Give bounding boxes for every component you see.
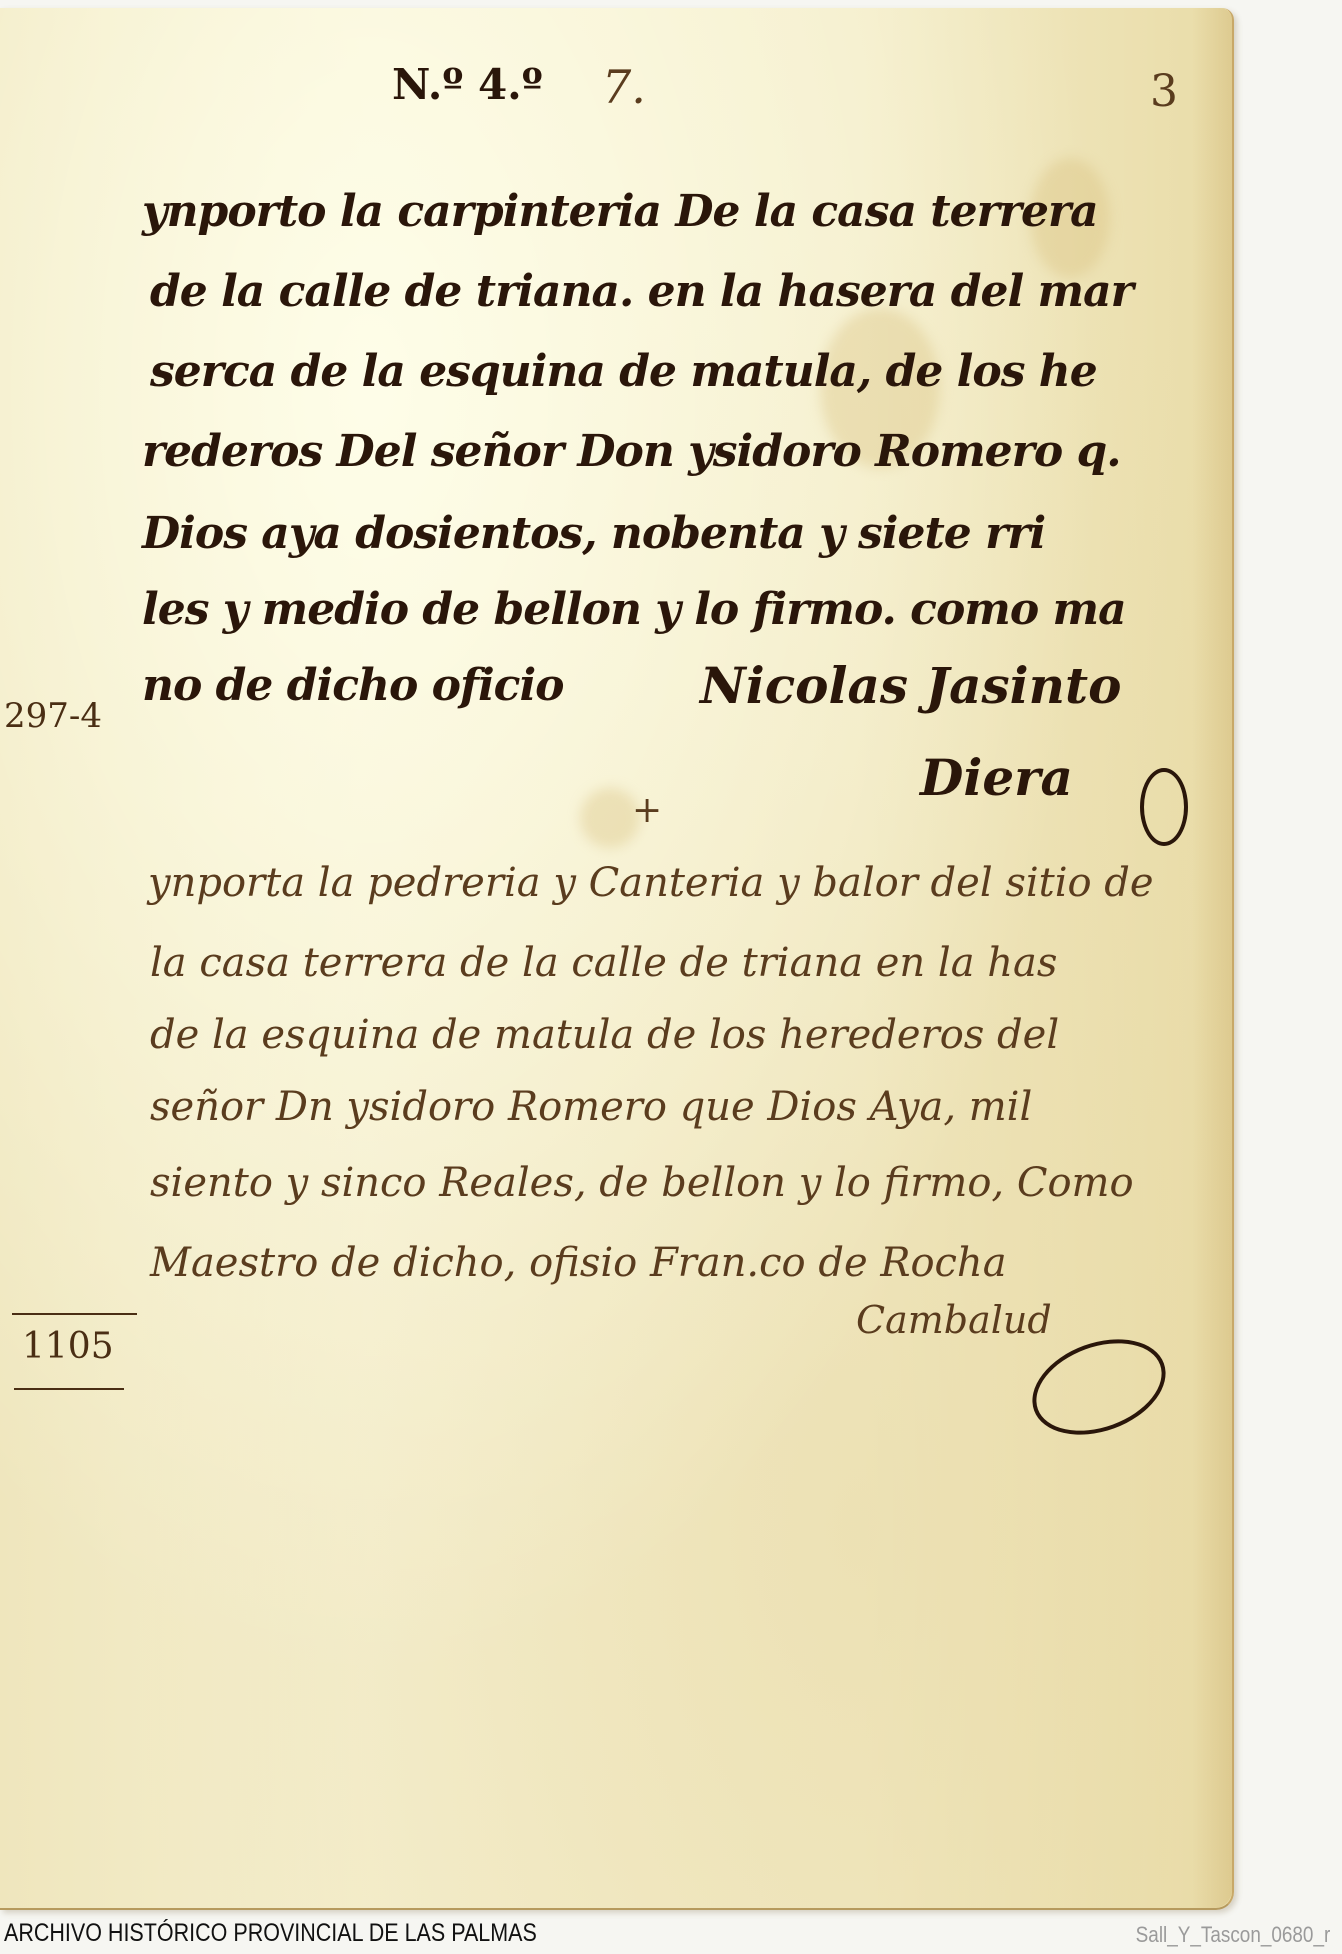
folio-number: N.º 4.º [392,60,543,109]
entry-1-line: de la calle de triana. en la hasera del … [150,266,1133,317]
page-edge-shading [1192,8,1232,1908]
entry-1-line: rederos Del señor Don ysidoro Romero q. [142,426,1121,477]
signature-diera: Diera [920,748,1073,807]
entry-1-line: ynporto la carpinteria De la casa terrer… [142,186,1098,237]
signature-flourish [1140,768,1188,846]
paper-stain [580,788,640,848]
entry-2-line: señor Dn ysidoro Romero que Dios Aya, mi… [150,1084,1032,1130]
center-mark: 7. [602,60,646,114]
entry-1-line: les y medio de bellon y lo firmo. como m… [142,584,1126,635]
page-number: 3 [1150,66,1178,117]
entry-1-line: serca de la esquina de matula, de los he [150,346,1097,397]
signature-nicolas-jasinto: Nicolas Jasinto [700,656,1121,715]
manuscript-page: N.º 4.º 7. 3 ynporto la carpinteria De l… [0,8,1234,1910]
entry-2-line: siento y sinco Reales, de bellon y lo fi… [150,1160,1134,1206]
entry-1-line: Dios aya dosientos, nobenta y siete rri [142,508,1045,559]
entry-1-line: no de dicho oficio [142,660,564,711]
entry-2-line: Maestro de dicho, ofisio Fran.co de Roch… [150,1240,1007,1286]
entry-2-line: de la esquina de matula de los herederos… [150,1012,1059,1058]
archive-name: ARCHIVO HISTÓRICO PROVINCIAL DE LAS PALM… [4,1919,537,1948]
image-reference: Sall_Y_Tascon_0680_r [1135,1922,1330,1948]
margin-rule-bottom [14,1388,124,1390]
margin-rule-top [12,1313,137,1315]
signature-cambalud: Cambalud [856,1298,1052,1342]
margin-amount-2: 1105 [22,1326,114,1367]
entry-2-line: ynporta la pedreria y Canteria y balor d… [148,860,1154,906]
entry-2-line: la casa terrera de la calle de triana en… [150,940,1057,986]
separator-mark: + [632,790,662,831]
margin-amount-1: 297-4 [4,696,102,736]
